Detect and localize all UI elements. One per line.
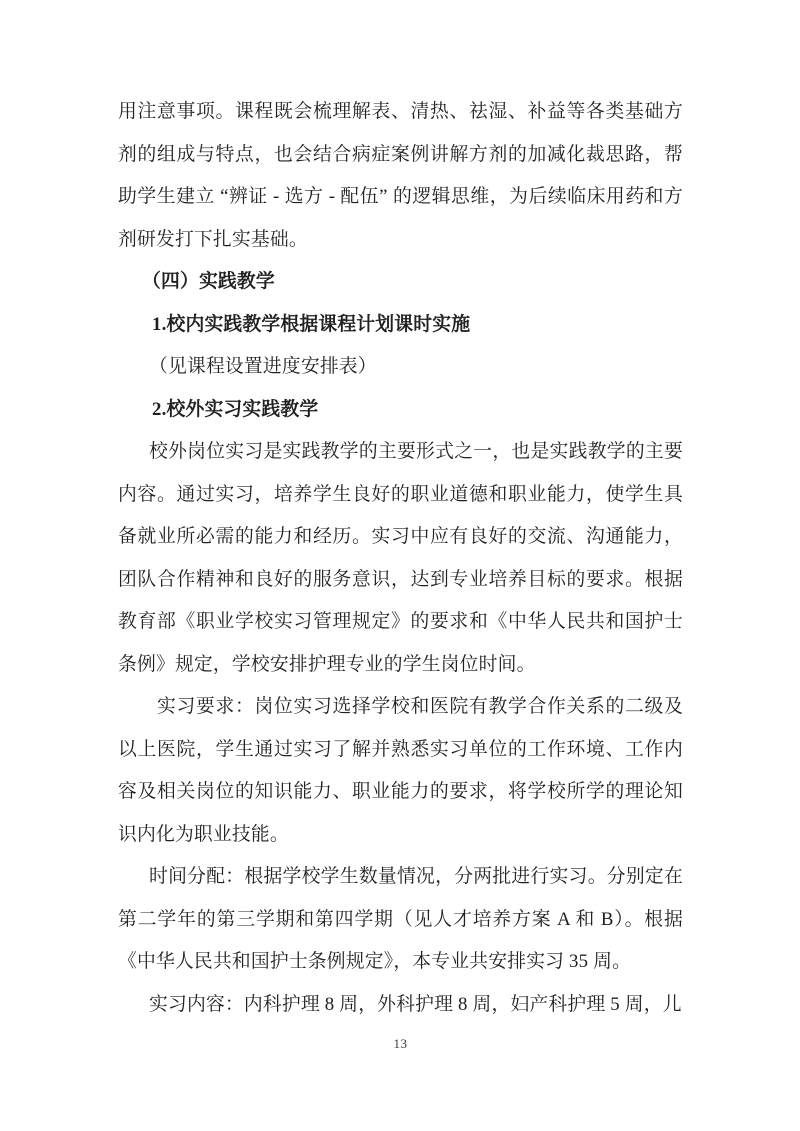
paragraph-internship-requirements: 实习要求：岗位实习选择学校和医院有教学合作关系的二级及以上医院，学生通过实习了解… [118, 686, 683, 856]
document-body: 用注意事项。课程既会梳理解表、清热、祛湿、补益等各类基础方剂的组成与特点，也会结… [118, 91, 683, 1026]
page-number: 13 [118, 1034, 683, 1054]
paragraph-internship-content: 实习内容：内科护理 8 周，外科护理 8 周，妇产科护理 5 周，儿 [118, 984, 683, 1027]
document-page: 用注意事项。课程既会梳理解表、清热、祛湿、补益等各类基础方剂的组成与特点，也会结… [0, 0, 800, 1131]
subheading-off-campus-internship: 2.校外实习实践教学 [118, 389, 683, 432]
paragraph-course-prescription-continuation: 用注意事项。课程既会梳理解表、清热、祛湿、补益等各类基础方剂的组成与特点，也会结… [118, 91, 683, 261]
subheading-on-campus-practice: 1.校内实践教学根据课程计划课时实施 [118, 304, 683, 347]
paragraph-internship-overview: 校外岗位实习是实践教学的主要形式之一，也是实践教学的主要内容。通过实习，培养学生… [118, 431, 683, 686]
note-see-course-schedule: （见课程设置进度安排表） [118, 346, 683, 389]
section-heading-practical-teaching: （四）实践教学 [118, 261, 683, 304]
paragraph-time-allocation: 时间分配：根据学校学生数量情况，分两批进行实习。分别定在第二学年的第三学期和第四… [118, 856, 683, 984]
